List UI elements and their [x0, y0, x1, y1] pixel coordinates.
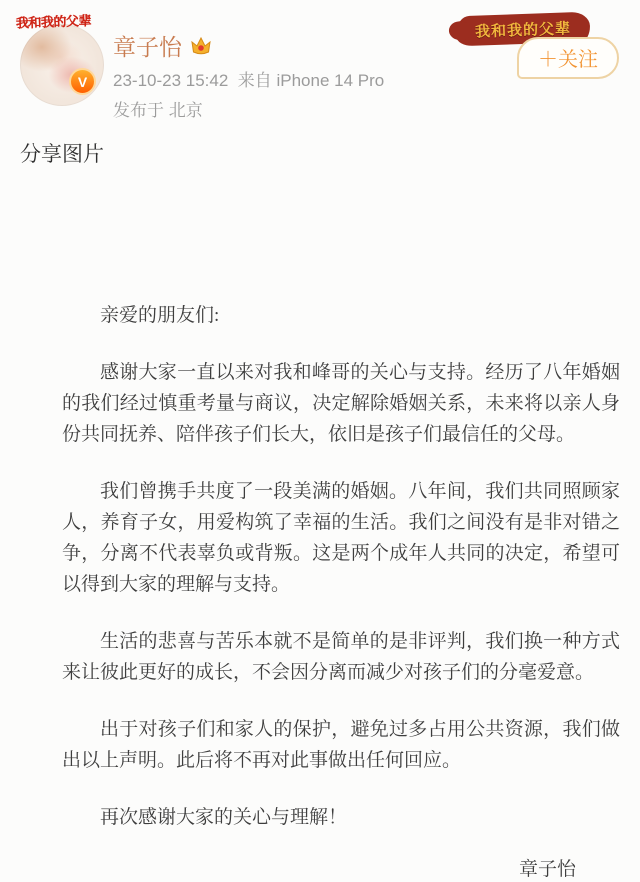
avatar[interactable]: 我和我的父辈 V: [20, 24, 104, 106]
letter-image[interactable]: 亲爱的朋友们: 感谢大家一直以来对我和峰哥的关心与支持。经历了八年婚姻的我们经过…: [62, 300, 620, 882]
letter-signature: 章子怡: [62, 854, 620, 882]
post-location: 发布于 北京: [113, 96, 203, 121]
letter-paragraph: 生活的悲喜与苦乐本就不是简单的是非评判，我们换一种方式来让彼此更好的成长，不会因…: [62, 626, 620, 688]
weibo-post: 我和我的父辈 V 章子怡 23-10-23 15:42 来自 iPhone 14…: [0, 0, 640, 882]
vip-crown-icon: [189, 35, 213, 57]
letter-paragraph: 我们曾携手共度了一段美满的婚姻。八年间，我们共同照顾家人，养育子女，用爱构筑了幸…: [62, 476, 620, 600]
letter-salutation: 亲爱的朋友们:: [62, 300, 620, 331]
avatar-watermark-text: 我和我的父辈: [16, 12, 112, 31]
avatar-image: [20, 24, 104, 106]
letter-paragraph: 出于对孩子们和家人的保护，避免过多占用公共资源，我们做出以上声明。此后将不再对此…: [62, 714, 620, 776]
verified-letter: V: [78, 75, 87, 89]
post-timestamp: 23-10-23 15:42 来自 iPhone 14 Pro: [113, 66, 384, 91]
letter-closing: 再次感谢大家的关心与理解！: [62, 802, 620, 833]
follow-button[interactable]: ＋关注: [517, 37, 619, 79]
username[interactable]: 章子怡: [113, 29, 182, 62]
verified-icon: V: [69, 68, 96, 95]
user-name-row: 章子怡: [113, 29, 213, 62]
letter-paragraph: 感谢大家一直以来对我和峰哥的关心与支持。经历了八年婚姻的我们经过慎重考量与商议，…: [62, 357, 620, 450]
post-text: 分享图片: [20, 138, 104, 168]
letter-paragraphs: 感谢大家一直以来对我和峰哥的关心与支持。经历了八年婚姻的我们经过慎重考量与商议，…: [62, 357, 620, 776]
